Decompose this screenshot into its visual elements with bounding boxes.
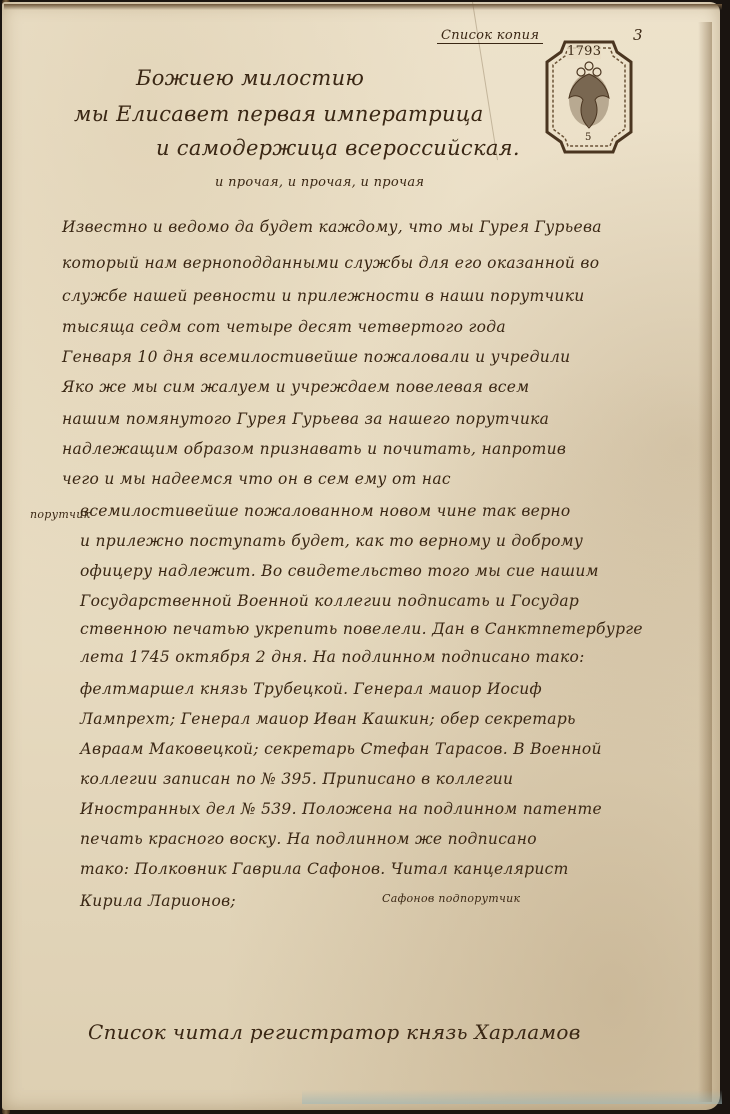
subtitle-et-cetera: и прочая, и прочая, и прочая bbox=[215, 175, 424, 190]
body-line: лета 1745 октября 2 дня. На подлинном по… bbox=[80, 648, 585, 666]
seal-year: 1793 bbox=[567, 44, 601, 59]
title-line-1: Божиею милостию bbox=[136, 66, 364, 90]
body-line: Кирила Ларионов; bbox=[80, 892, 236, 910]
body-line: и прилежно поступать будет, как то верно… bbox=[80, 532, 583, 550]
footer-attestation: Список читал регистратор князь Харламов bbox=[88, 1020, 581, 1044]
body-line: Генваря 10 дня всемилостивейше пожаловал… bbox=[62, 348, 570, 366]
body-line: Лампрехт; Генерал маиор Иван Кашкин; обе… bbox=[80, 710, 576, 728]
body-line: всемилостивейше пожалованном новом чине … bbox=[80, 502, 570, 520]
body-line: офицеру надлежит. Во свидетельство того … bbox=[80, 562, 599, 580]
body-line: фелтмаршел князь Трубецкой. Генерал маио… bbox=[80, 680, 542, 698]
body-line: печать красного воску. На подлинном же п… bbox=[80, 830, 537, 848]
body-line: коллегии записан по № 395. Приписано в к… bbox=[80, 770, 513, 788]
header-note: Список копия bbox=[437, 28, 543, 44]
page-bottom-edge bbox=[302, 1090, 722, 1104]
imperial-stamp-seal: 1793 5 bbox=[543, 38, 635, 156]
page-top-edge bbox=[4, 4, 722, 10]
body-line: Государственной Военной коллегии подписа… bbox=[80, 592, 579, 610]
body-line: надлежащим образом признавать и почитать… bbox=[62, 440, 566, 458]
body-line: ственною печатью укрепить повелели. Дан … bbox=[80, 620, 643, 638]
seal-mark: 5 bbox=[585, 132, 592, 143]
body-line: Яко же мы сим жалуем и учреждаем повелев… bbox=[62, 378, 529, 396]
title-line-3: и самодержица всероссийская. bbox=[156, 136, 520, 160]
body-line: тако: Полковник Гаврила Сафонов. Читал к… bbox=[80, 860, 569, 878]
body-line: чего и мы надеемся что он в сем ему от н… bbox=[62, 470, 451, 488]
manuscript-page bbox=[2, 2, 720, 1110]
body-line: Авраам Маковецкой; секретарь Стефан Тара… bbox=[80, 740, 602, 758]
body-line: Известно и ведомо да будет каждому, что … bbox=[62, 218, 602, 236]
body-line: службе нашей ревности и прилежности в на… bbox=[62, 287, 585, 305]
inline-signature: Сафонов подпорутчик bbox=[382, 892, 520, 905]
page-right-edge-stain bbox=[698, 22, 712, 1102]
body-line: который нам верноподданными службы для е… bbox=[62, 254, 599, 272]
body-line: тысяща седм сот четыре десят четвертого … bbox=[62, 318, 506, 336]
body-line: Иностранных дел № 539. Положена на подли… bbox=[80, 800, 602, 818]
title-line-2: мы Елисавет первая императрица bbox=[74, 102, 484, 126]
body-line: нашим помянутого Гурея Гурьева за нашего… bbox=[62, 410, 549, 428]
